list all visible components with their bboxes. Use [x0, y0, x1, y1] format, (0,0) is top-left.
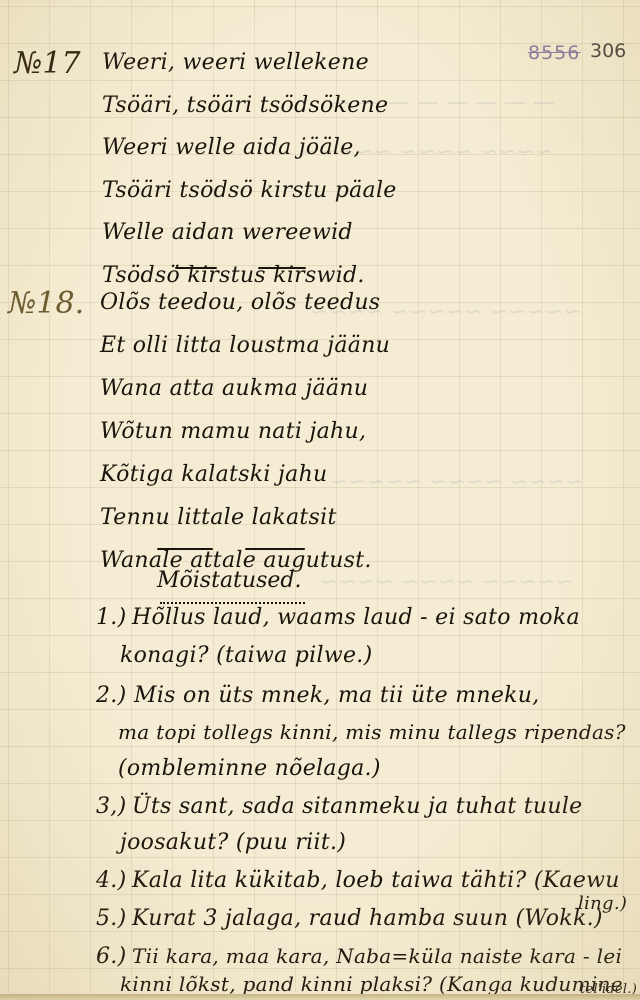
riddle-line: Kala lita kükitab, loeb taiwa tähti? (Ka… — [132, 868, 620, 893]
verse-line: Et olli litta loustma jäänu — [100, 333, 390, 358]
verse-line: Olõs teedou, olõs teedus — [100, 290, 380, 315]
riddle-number: 6.) — [96, 944, 126, 969]
riddle-number: 3,) — [96, 794, 126, 819]
riddle-line: ma topi tollegs kinni, mis minu tallegs … — [118, 720, 626, 744]
riddle-line: joosakut? (puu riit.) — [120, 830, 346, 855]
page-bottom-edge — [0, 994, 640, 1000]
separator-line — [258, 267, 306, 269]
verse-line: Kõtiga kalatski jahu — [100, 462, 328, 487]
riddle-number: 4.) — [96, 868, 126, 893]
bleed-through-text: ~~~~ ~~~~ ~~~~~ — [330, 470, 584, 495]
riddle-number: 1.) — [96, 605, 126, 630]
riddle-line: (ombleminne nõelaga.) — [118, 756, 381, 781]
separator-line — [175, 267, 217, 269]
riddle-line: Kurat 3 jalaga, raud hamba suun (Wokk.) — [132, 906, 603, 931]
verse-line: Tsödsö kirstus kirswid. — [102, 263, 365, 288]
manuscript-page: — — — — — — — — ~~~~ ~~~~ ~~~~~ ~~~~~ ~~… — [0, 0, 640, 1000]
bleed-through-text: ~~~~~ ~~~~ ~~~~ — [320, 570, 574, 595]
pencil-page-number: 306 — [590, 40, 626, 62]
verse-line: Tsöäri tsödsö kirstu päale — [102, 178, 397, 203]
verse-line: Tennu littale lakatsit — [100, 505, 337, 530]
verse-line: Weeri, weeri wellekene — [102, 50, 369, 75]
riddle-number: 2.) — [96, 683, 126, 708]
riddle-line: Mis on üts mnek, ma tii üte mneku, — [134, 683, 540, 708]
verse-line: Wõtun mamu nati jahu, — [100, 419, 366, 444]
verse-line: Weeri welle aida jöäle, — [102, 135, 361, 160]
archive-stamp-number: 8556 — [528, 42, 580, 64]
riddle-line: Tii kara, maa kara, Naba=küla naiste kar… — [132, 944, 622, 968]
song-18-number: №18. — [8, 286, 84, 321]
heading-underline — [160, 596, 305, 604]
riddle-line: konagi? (taiwa pilwe.) — [120, 643, 372, 668]
separator-line — [245, 548, 305, 550]
riddle-number: 5.) — [96, 906, 126, 931]
riddle-line: Üts sant, sada sitanmeku ja tuhat tuule — [132, 794, 583, 819]
verse-line: Tsöäri, tsöäri tsödsökene — [102, 93, 388, 118]
riddles-heading: Mõistatused. — [157, 568, 301, 593]
verse-line: Wana atta aukma jäänu — [100, 376, 368, 401]
song-17-number: №17 — [14, 46, 81, 81]
separator-line — [157, 548, 213, 550]
riddle-line: Hõllus laud, waams laud - ei sato moka — [132, 605, 580, 630]
verse-line: Welle aidan wereewid — [102, 220, 353, 245]
riddle-line: kinni lõkst, pand kinni plaksi? (Kanga k… — [120, 972, 623, 996]
